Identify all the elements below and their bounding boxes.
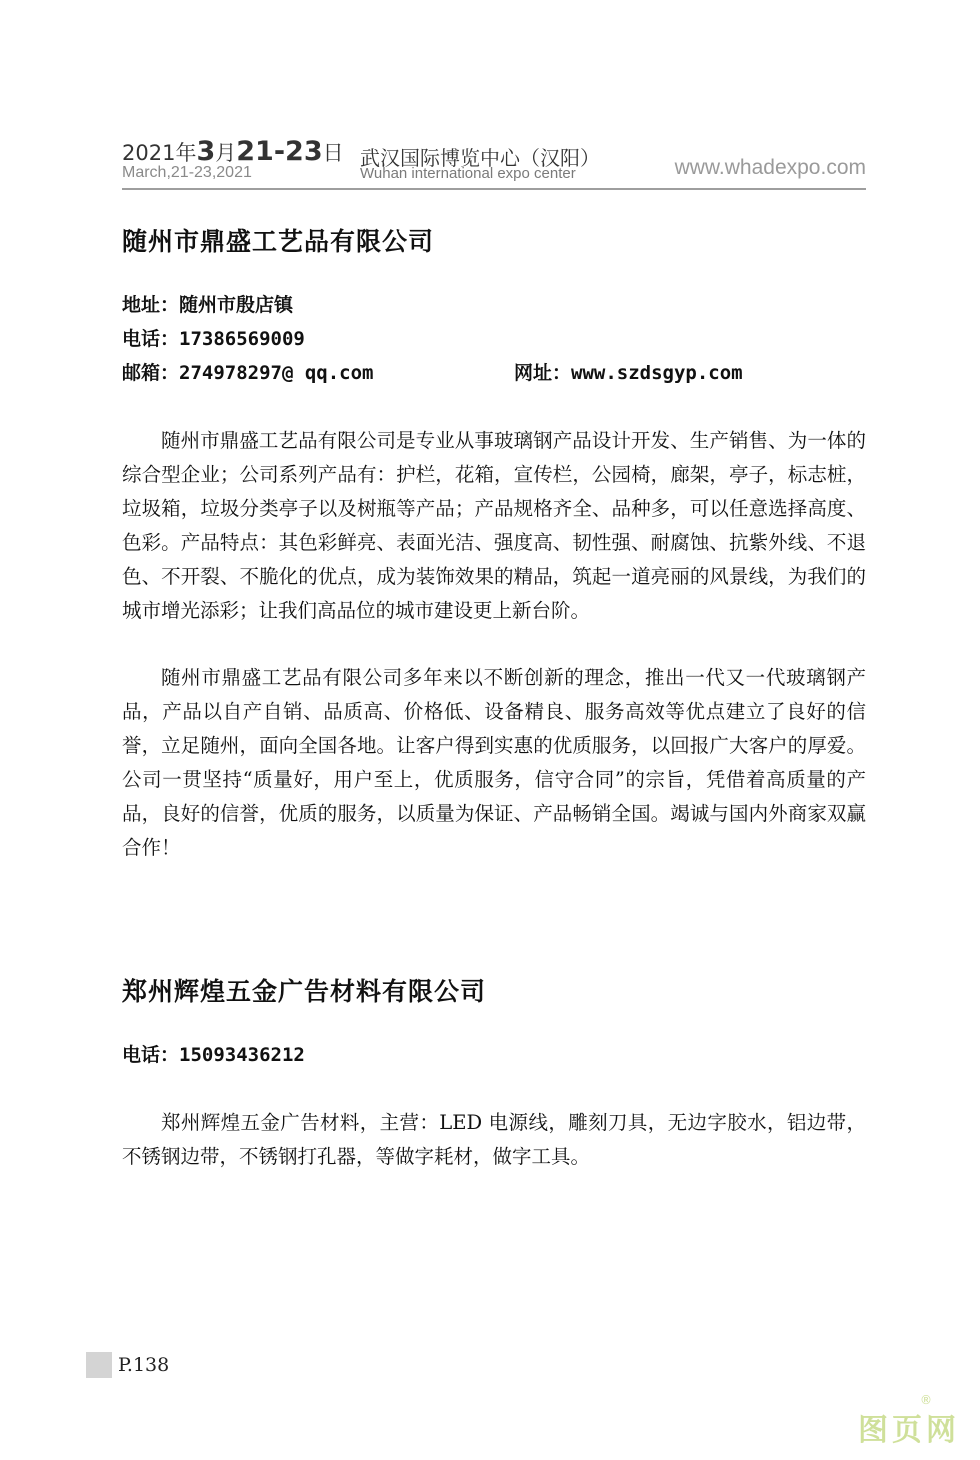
phone-label: 电话： <box>122 1044 179 1066</box>
watermark-text: 图页网 <box>858 1413 960 1448</box>
venue-en: Wuhan international expo center <box>360 165 576 182</box>
company-title: 郑州辉煌五金广告材料有限公司 <box>122 972 486 1008</box>
company-description-paragraph: 随州市鼎盛工艺品有限公司多年来以不断创新的理念，推出一代又一代玻璃钢产品，产品以… <box>122 661 866 865</box>
date-month-suffix: 月 <box>215 141 236 165</box>
phone-value: 17386569009 <box>179 328 305 350</box>
page-number: P.138 <box>118 1352 169 1378</box>
expo-website: www.whadexpo.com <box>675 156 866 180</box>
company-website: 网址：www.szdsgyp.com <box>514 358 743 385</box>
registered-icon: ® <box>920 1393 932 1407</box>
page-header: 2021年3月21-23日 March,21-23,2021 武汉国际博览中心（… <box>122 138 866 188</box>
company-email: 邮箱：274978297@ qq.com <box>122 358 373 385</box>
company-description-paragraph: 随州市鼎盛工艺品有限公司是专业从事玻璃钢产品设计开发、生产销售、为一体的综合型企… <box>122 424 866 628</box>
date-year: 2021年 <box>122 141 196 165</box>
email-label: 邮箱： <box>122 362 179 384</box>
web-value: www.szdsgyp.com <box>571 362 743 384</box>
phone-label: 电话： <box>122 328 179 350</box>
web-label: 网址： <box>514 362 571 384</box>
phone-value: 15093436212 <box>179 1044 305 1066</box>
event-date-en: March,21-23,2021 <box>122 164 252 182</box>
company-phone: 电话：15093436212 <box>122 1040 305 1067</box>
date-day-suffix: 日 <box>323 141 344 165</box>
company-phone: 电话：17386569009 <box>122 324 305 351</box>
company-title: 随州市鼎盛工艺品有限公司 <box>122 222 434 258</box>
company-address: 地址：随州市殷店镇 <box>122 290 293 317</box>
watermark-logo: 图页网 ® <box>858 1405 960 1449</box>
company-description-paragraph: 郑州辉煌五金广告材料，主营：LED 电源线，雕刻刀具，无边字胶水，铝边带，不锈钢… <box>122 1106 866 1174</box>
date-month: 3 <box>196 136 215 167</box>
page-marker-box <box>86 1352 112 1378</box>
header-divider <box>122 188 866 190</box>
address-label: 地址： <box>122 294 179 316</box>
date-days: 21-23 <box>236 136 322 167</box>
address-value: 随州市殷店镇 <box>179 294 293 316</box>
event-date: 2021年3月21-23日 <box>122 138 344 167</box>
email-value: 274978297@ qq.com <box>179 362 373 384</box>
